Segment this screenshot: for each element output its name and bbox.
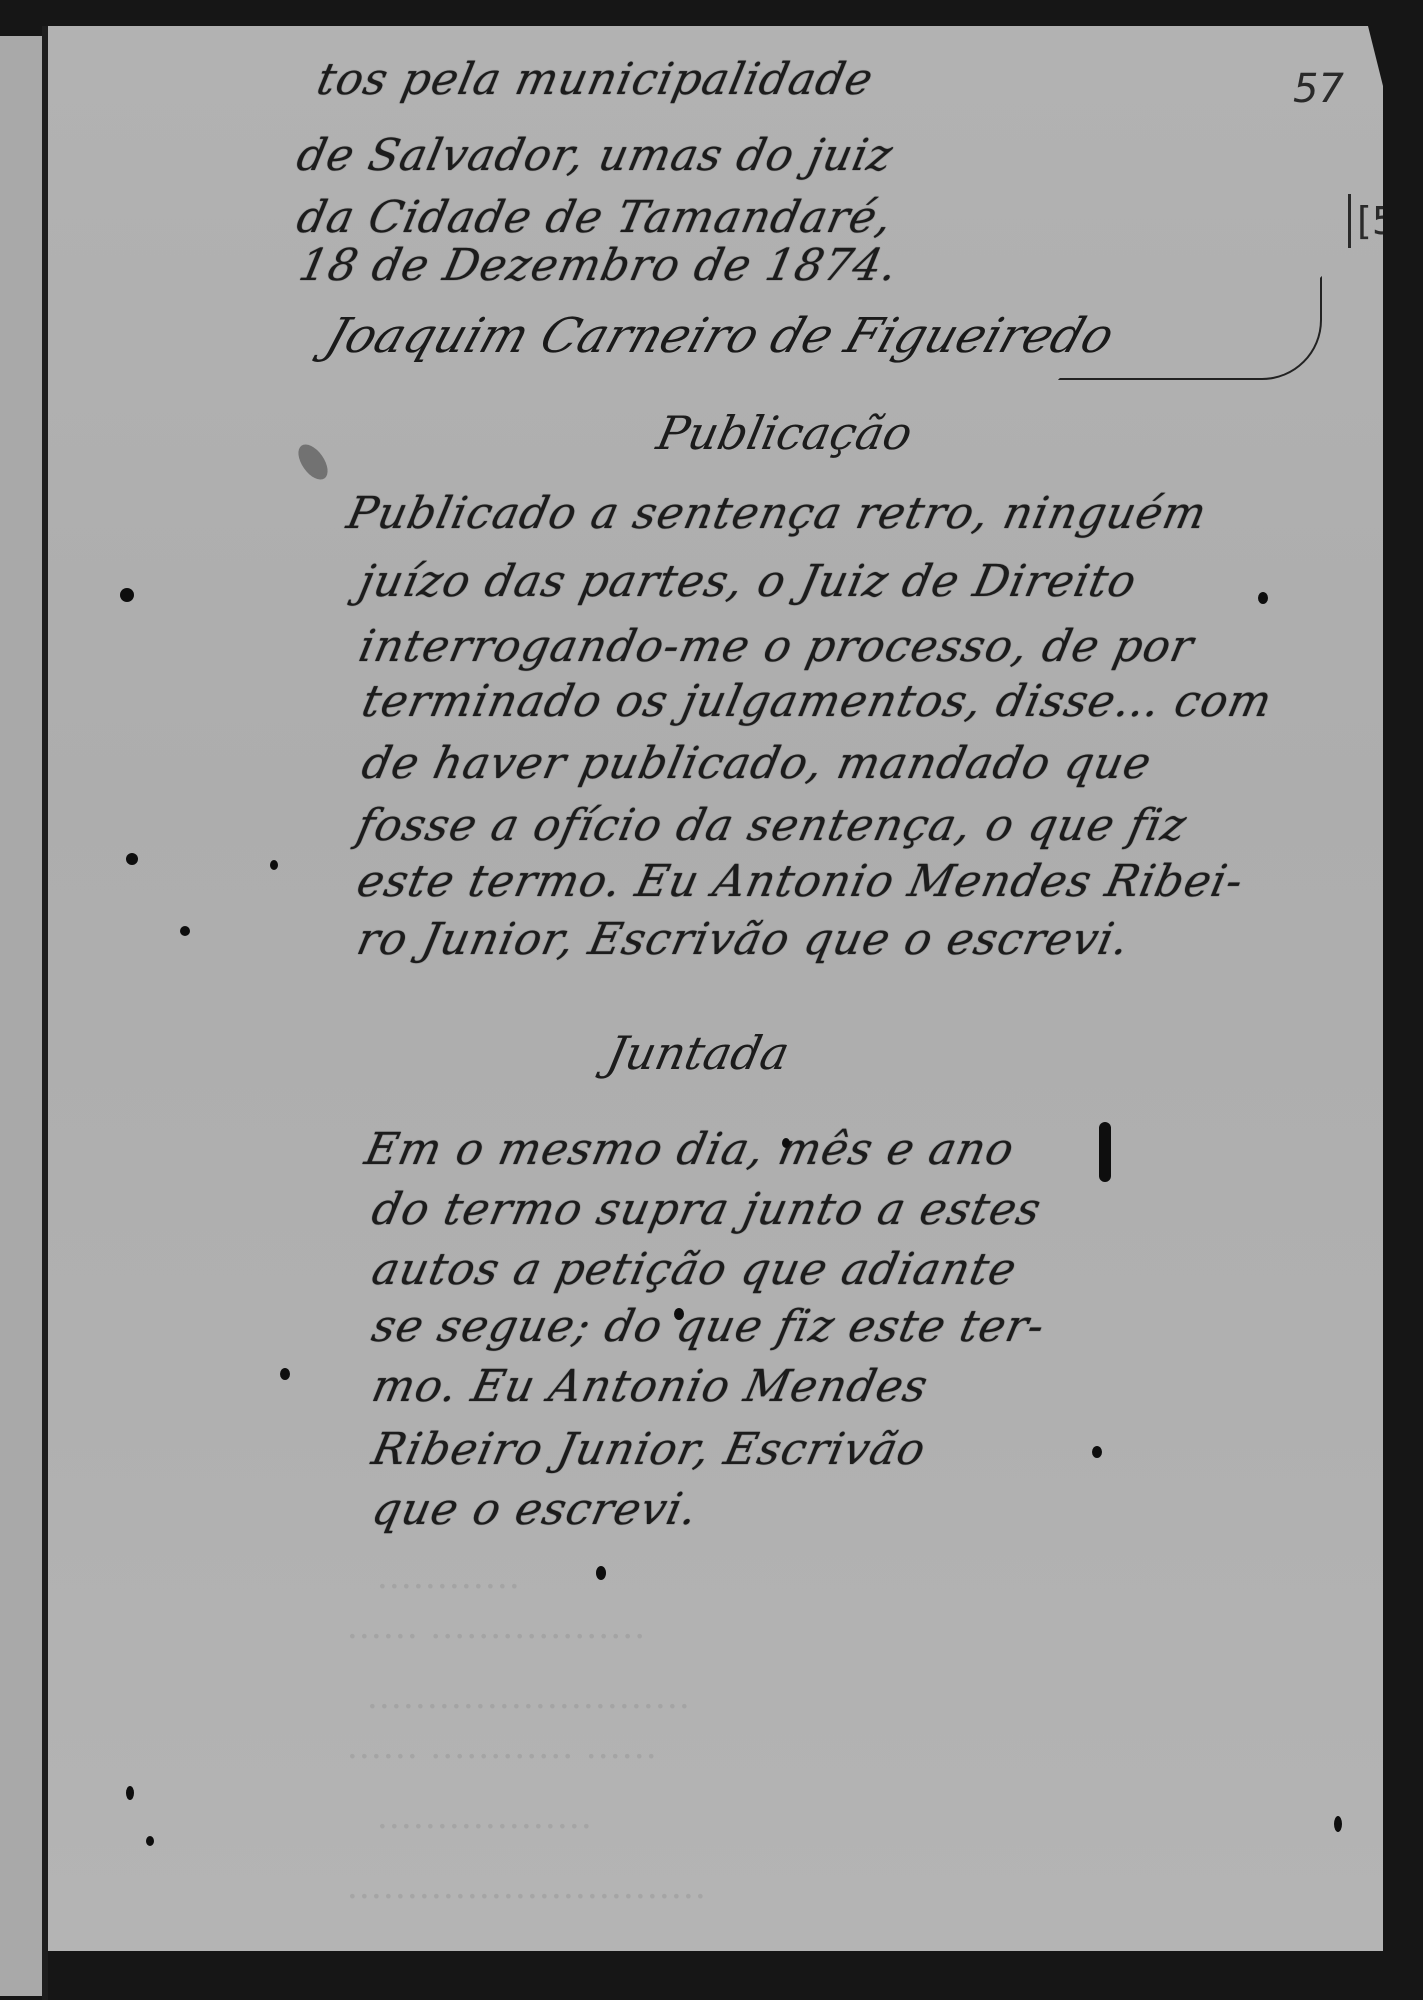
ink-speck	[180, 926, 190, 936]
binding-gutter	[42, 26, 48, 2000]
ink-speck	[126, 853, 138, 865]
ink-blot	[1099, 1122, 1111, 1182]
text-line: da Cidade de Tamandaré,	[293, 192, 898, 243]
ink-speck	[270, 860, 278, 870]
text-line: Em o mesmo dia, mês e ano	[361, 1124, 1020, 1175]
bleed-through-text: ……………… ……	[344, 1606, 651, 1647]
text-line: se segue; do que fiz este ter-	[368, 1301, 1050, 1352]
archival-folio-number: [56]	[1348, 194, 1423, 248]
adjacent-page-edge	[0, 36, 42, 1996]
ink-speck	[126, 1786, 134, 1800]
ink-speck	[782, 1138, 790, 1148]
text-line: terminado os julgamentos, disse… com	[358, 676, 1277, 727]
ink-smudge	[293, 439, 334, 484]
ink-speck	[674, 1308, 684, 1320]
text-line: de Salvador, umas do juiz	[293, 130, 898, 181]
text-line: de haver publicado, mandado que	[358, 738, 1157, 789]
text-line: do termo supra junto a estes	[368, 1184, 1046, 1235]
section-heading-juntada: Juntada	[602, 1026, 794, 1080]
text-line: mo. Eu Antonio Mendes	[368, 1361, 933, 1412]
original-folio-number: 57	[1293, 66, 1344, 112]
text-line: ro Junior, Escrivão que o escrevi.	[353, 914, 1135, 965]
signature-flourish	[1058, 276, 1322, 380]
text-line: tos pela municipalidade	[313, 54, 878, 105]
ink-speck	[1258, 592, 1268, 604]
ink-speck	[1092, 1446, 1102, 1458]
ink-speck	[146, 1836, 154, 1846]
ink-speck	[120, 588, 134, 602]
text-line: Publicado a sentença retro, ninguém	[343, 488, 1212, 539]
text-line: este termo. Eu Antonio Mendes Ribei-	[353, 856, 1248, 907]
signature: Joaquim Carneiro de Figueiredo	[319, 308, 1121, 364]
ink-speck	[280, 1368, 290, 1380]
bleed-through-text: …… ………… ……	[344, 1726, 662, 1767]
manuscript-page: 57 [56] tos pela municipalidade de Salva…	[48, 26, 1383, 1951]
text-line: autos a petição que adiante	[368, 1244, 1022, 1295]
text-line: que o escrevi.	[368, 1484, 703, 1535]
text-line: fosse a ofício da sentença, o que fiz	[353, 800, 1192, 851]
bleed-through-text: …………………………	[344, 1866, 711, 1907]
ink-speck	[1334, 1816, 1342, 1832]
bleed-through-text: ………………………	[364, 1676, 695, 1717]
text-line: 18 de Dezembro de 1874.	[295, 240, 903, 291]
text-line: interrogando-me o processo, de por	[355, 621, 1199, 672]
bleed-through-text: …………	[374, 1556, 525, 1597]
section-heading-publicacao: Publicação	[652, 406, 917, 460]
text-line: juízo das partes, o Juiz de Direito	[355, 556, 1142, 607]
bleed-through-text: ………………	[374, 1796, 597, 1837]
text-line: Ribeiro Junior, Escrivão	[368, 1424, 931, 1475]
ink-speck	[596, 1566, 606, 1580]
